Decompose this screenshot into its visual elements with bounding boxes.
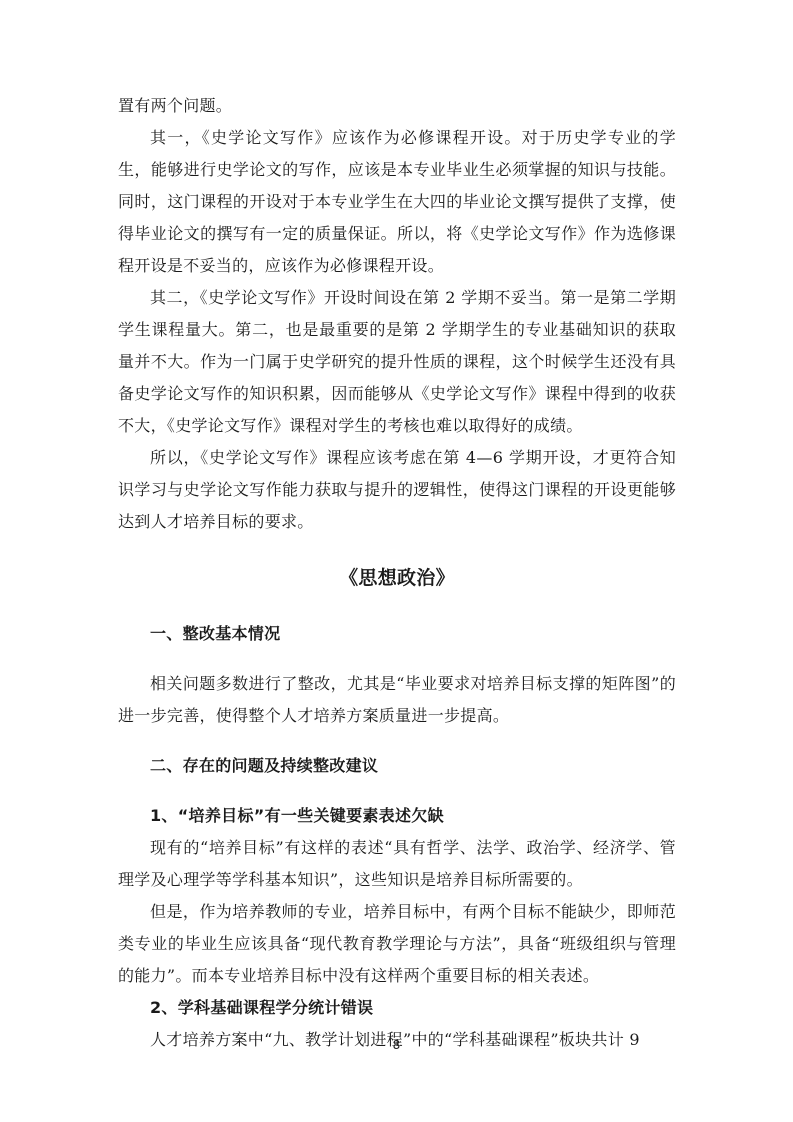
paragraph-conclusion: 所以，《史学论文写作》课程应该考虑在第 4—6 学期开设，才更符合知识学习与史学… <box>118 442 676 538</box>
paragraph-training-goals-missing: 但是，作为培养教师的专业，培养目标中，有两个目标不能缺少，即师范类专业的毕业生应… <box>118 896 676 992</box>
paragraph-point-one: 其一，《史学论文写作》应该作为必修课程开设。对于历史学专业的学生，能够进行史学论… <box>118 122 676 282</box>
paragraph-training-goals-existing: 现有的“培养目标”有这样的表述“具有哲学、法学、政治学、经济学、管理学及心理学等… <box>118 832 676 896</box>
page-number: 8 <box>0 1038 793 1052</box>
spacer <box>118 782 676 800</box>
spacer <box>118 650 676 668</box>
spacer <box>118 594 676 618</box>
heading-rectification-overview: 一、整改基本情况 <box>118 618 676 650</box>
section-title: 《思想政治》 <box>118 562 676 594</box>
subheading-credit-error: 2、学科基础课程学分统计错误 <box>118 992 676 1024</box>
paragraph-point-two: 其二，《史学论文写作》开设时间设在第 2 学期不妥当。第一是第二学期学生课程量大… <box>118 282 676 442</box>
heading-problems-suggestions: 二、存在的问题及持续整改建议 <box>118 750 676 782</box>
paragraph-continuation: 置有两个问题。 <box>118 90 676 122</box>
spacer <box>118 732 676 750</box>
page-content: 置有两个问题。 其一，《史学论文写作》应该作为必修课程开设。对于历史学专业的学生… <box>118 90 676 1056</box>
document-page: 置有两个问题。 其一，《史学论文写作》应该作为必修课程开设。对于历史学专业的学生… <box>0 0 793 1122</box>
subheading-training-goals: 1、“培养目标”有一些关键要素表述欠缺 <box>118 800 676 832</box>
paragraph-rectification-overview: 相关问题多数进行了整改，尤其是“毕业要求对培养目标支撑的矩阵图”的进一步完善，使… <box>118 668 676 732</box>
